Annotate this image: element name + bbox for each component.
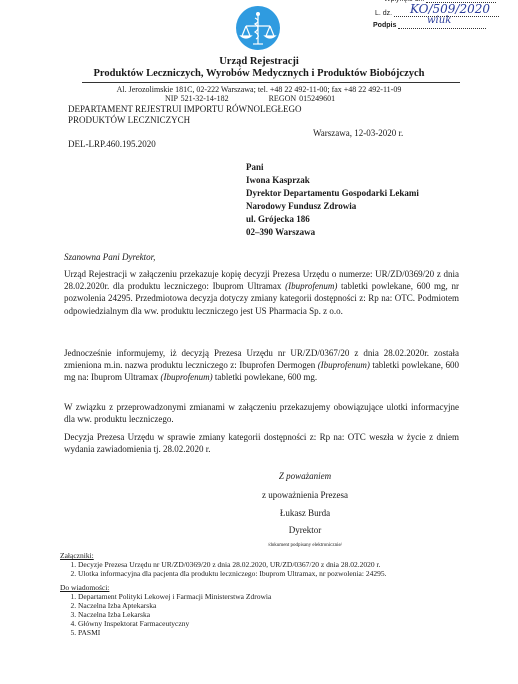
recipient-block: Pani Iwona Kasprzak Dyrektor Departament… [246,161,419,239]
signatory-name: Łukasz Burda [180,508,430,518]
e-signature-note: /dokument podpisany elektronicznie/ [180,543,430,548]
paragraph-3: W związku z przeprowadzonymi zmianami w … [64,401,459,425]
stamp-signature: wiuk [427,15,451,26]
substance-name: (Ibuprofenum) [160,372,212,382]
list-item: Naczelna Izba Aptekarska [78,601,271,610]
list-item: Departament Polityki Lekowej i Farmacji … [78,592,271,601]
substance-name: (Ibuprofenum) [318,360,370,370]
org-name-line1: Urząd Rejestracji [0,56,518,67]
substance-name: (Ibuprofenum) [285,281,337,291]
org-address: Al. Jerozolimskie 181C, 02-222 Warszawa;… [0,85,518,94]
recipient-name: Iwona Kasprzak [246,174,419,187]
header-divider [82,82,460,83]
attachments-list: Decyzje Prezesa Urzędu nr UR/ZD/0369/20 … [60,560,386,578]
recipient-title: Dyrektor Departamentu Gospodarki Lekami [246,187,419,200]
recipient-city: 02–390 Warszawa [246,226,419,239]
recipient-salutation: Pani [246,161,419,174]
stamp-dots [398,28,486,29]
cc-list: Departament Polityki Lekowej i Farmacji … [60,592,271,637]
stamp-podpis-label: Podpis [373,22,396,29]
stamp-ldz-label: L. dz. [375,10,392,17]
department-line2: PRODUKTÓW LECZNICZYCH [68,115,301,126]
paragraph-2: Jednocześnie informujemy, iż decyzją Pre… [64,347,459,384]
closing-regards: Z poważaniem [180,471,430,481]
org-ids: NIP 521-32-14-182REGON 015249601 [165,94,375,103]
list-item: Naczelna Izba Lekarska [78,610,271,619]
reference-number: DEL-LRP.460.195.2020 [68,139,156,149]
paragraph-1: Urząd Rejestracji w załączeniu przekazuj… [64,268,459,317]
place-date: Warszawa, 12-03-2020 r. [313,128,403,138]
list-item: Główny Inspektorat Farmaceutyczny [78,619,271,628]
paragraph-4: Decyzja Prezesa Urzędu w sprawie zmiany … [64,431,459,455]
closing-authority: z upoważnienia Prezesa [180,490,430,500]
org-nip: NIP 521-32-14-182 [165,94,229,103]
list-item: Ulotka informacyjna dla pacjenta dla pro… [78,569,386,578]
department-name: DEPARTAMENT REJESTRUI IMPORTU RÓWNOLEGŁE… [68,104,301,126]
signatory-title: Dyrektor [180,525,430,535]
scales-of-justice-icon [236,6,280,50]
cc-title: Do wiadomości: [60,583,109,592]
recipient-street: ul. Grójecka 186 [246,213,419,226]
department-line1: DEPARTAMENT REJESTRUI IMPORTU RÓWNOLEGŁE… [68,104,301,115]
recipient-organization: Narodowy Fundusz Zdrowia [246,200,419,213]
attachments-title: Załączniki: [60,551,94,560]
list-item: Decyzje Prezesa Urzędu nr UR/ZD/0369/20 … [78,560,386,569]
greeting: Szanowna Pani Dyrektor, [64,252,155,262]
org-regon: REGON 015249601 [269,94,336,103]
paragraph-text: tabletki powlekane, 600 mg. [213,372,317,382]
org-name-line2: Produktów Leczniczych, Wyrobów Medycznyc… [0,68,518,79]
list-item: PASMI [78,628,271,637]
stamp-ldz-value: KO/509/2020 [410,2,490,16]
